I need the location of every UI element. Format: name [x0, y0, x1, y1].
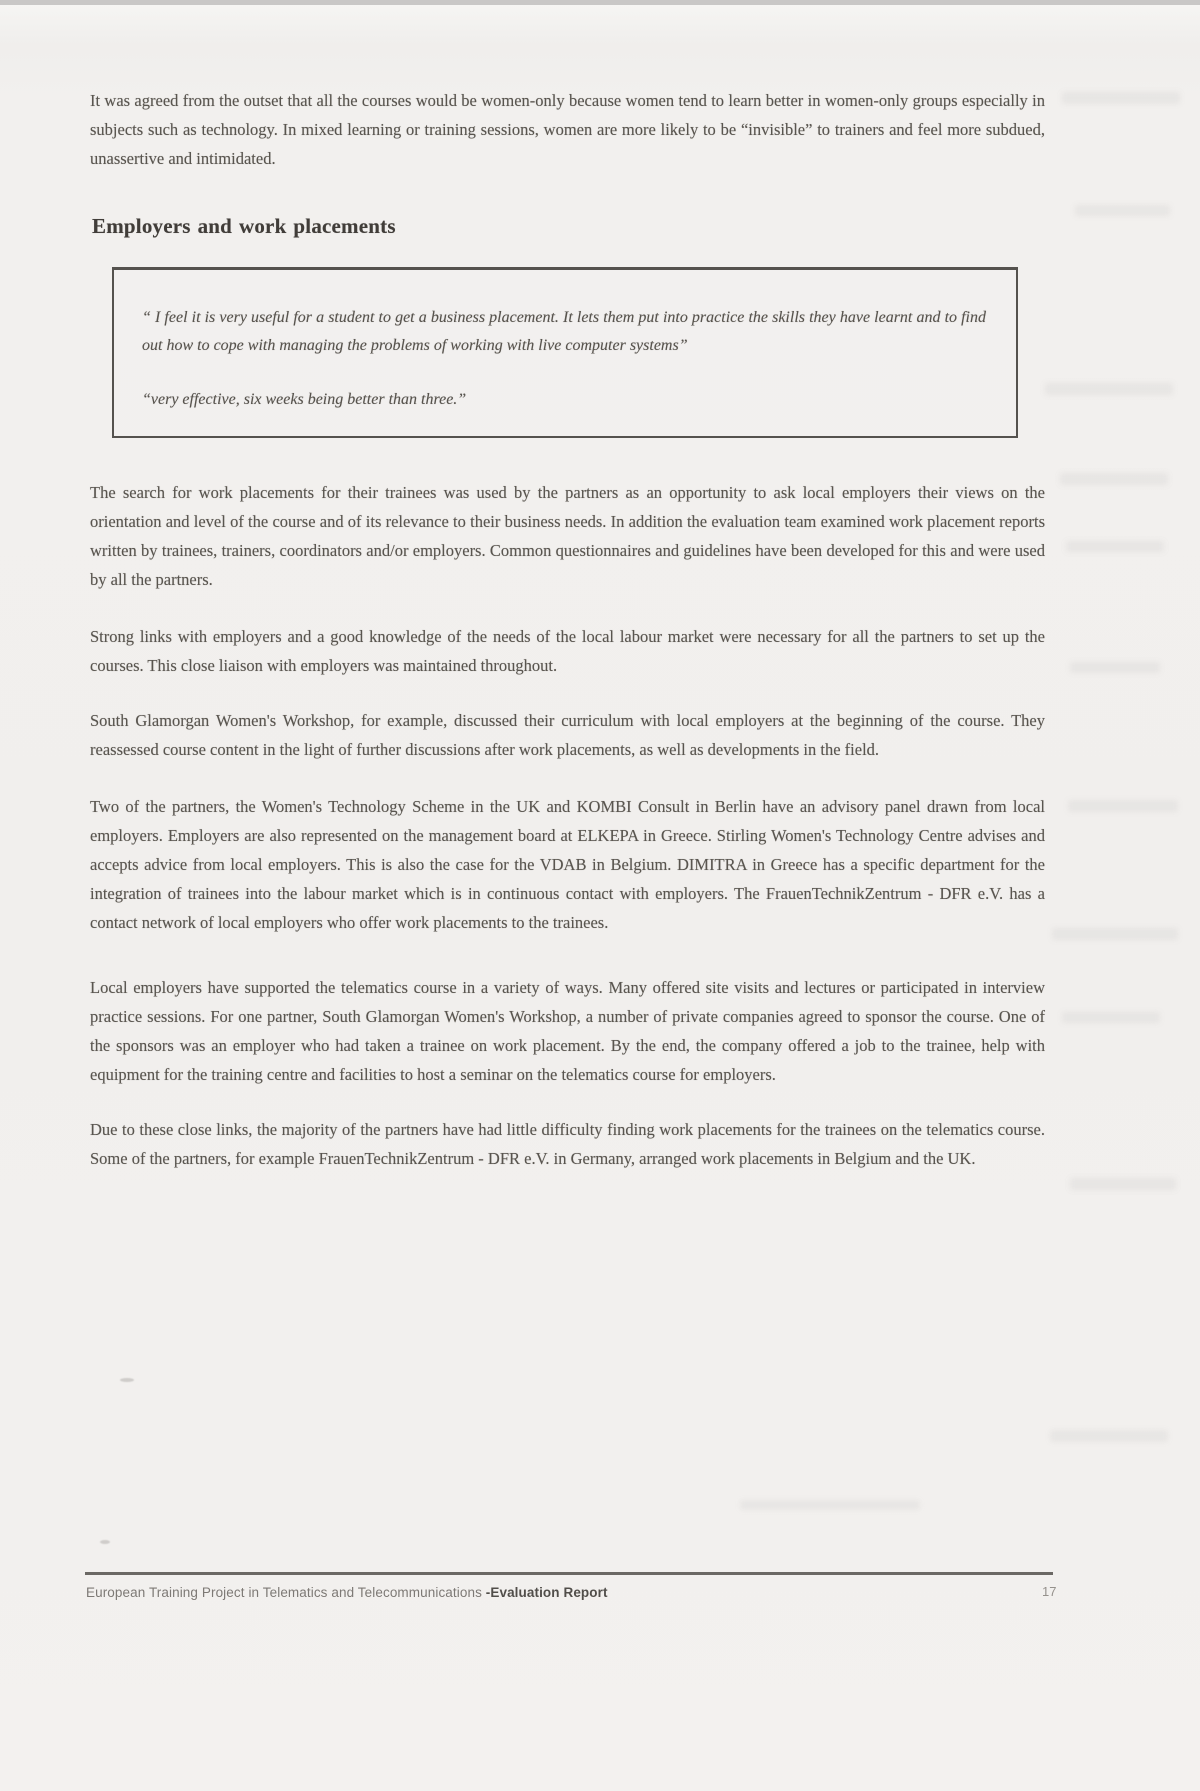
bleed-through-artifact: [1052, 928, 1178, 940]
bleed-through-artifact: [740, 1500, 920, 1510]
scan-speck: [120, 1378, 134, 1382]
bleed-through-artifact: [1066, 541, 1164, 552]
paragraph-employer-support: Local employers have supported the telem…: [90, 973, 1045, 1089]
paragraph-south-glamorgan: South Glamorgan Women's Workshop, for ex…: [90, 706, 1045, 764]
quote-box: “ I feel it is very useful for a student…: [112, 267, 1018, 438]
paragraph-advisory-panels: Two of the partners, the Women's Technol…: [90, 792, 1045, 937]
bleed-through-artifact: [1060, 473, 1168, 485]
page-number: 17: [1042, 1584, 1056, 1599]
paragraph-strong-links: Strong links with employers and a good k…: [90, 622, 1045, 680]
paragraph-search-for-placements: The search for work placements for their…: [90, 478, 1045, 594]
scanned-report-page: It was agreed from the outset that all t…: [0, 0, 1200, 1791]
bleed-through-artifact: [1062, 1012, 1160, 1023]
quote-six-weeks: “very effective, six weeks being better …: [142, 386, 986, 414]
scan-light-band: [0, 5, 1200, 45]
paragraph-close-links: Due to these close links, the majority o…: [90, 1115, 1045, 1173]
intro-paragraph: It was agreed from the outset that all t…: [90, 86, 1045, 173]
bleed-through-artifact: [1070, 1178, 1176, 1190]
bleed-through-artifact: [1075, 205, 1170, 216]
bleed-through-artifact: [1045, 383, 1173, 395]
bleed-through-artifact: [1050, 1430, 1168, 1442]
scan-speck: [100, 1540, 110, 1544]
bleed-through-artifact: [1070, 662, 1160, 673]
quote-business-placement: “ I feel it is very useful for a student…: [142, 304, 986, 360]
footer-report-label: -Evaluation Report: [486, 1585, 608, 1600]
bleed-through-artifact: [1068, 800, 1178, 812]
footer-title: European Training Project in Telematics …: [86, 1585, 608, 1600]
footer-rule: [85, 1572, 1053, 1575]
bleed-through-artifact: [1062, 92, 1180, 104]
footer-title-text: European Training Project in Telematics …: [86, 1585, 486, 1600]
section-heading: Employers and work placements: [92, 214, 1045, 239]
page-body: It was agreed from the outset that all t…: [90, 86, 1045, 1173]
